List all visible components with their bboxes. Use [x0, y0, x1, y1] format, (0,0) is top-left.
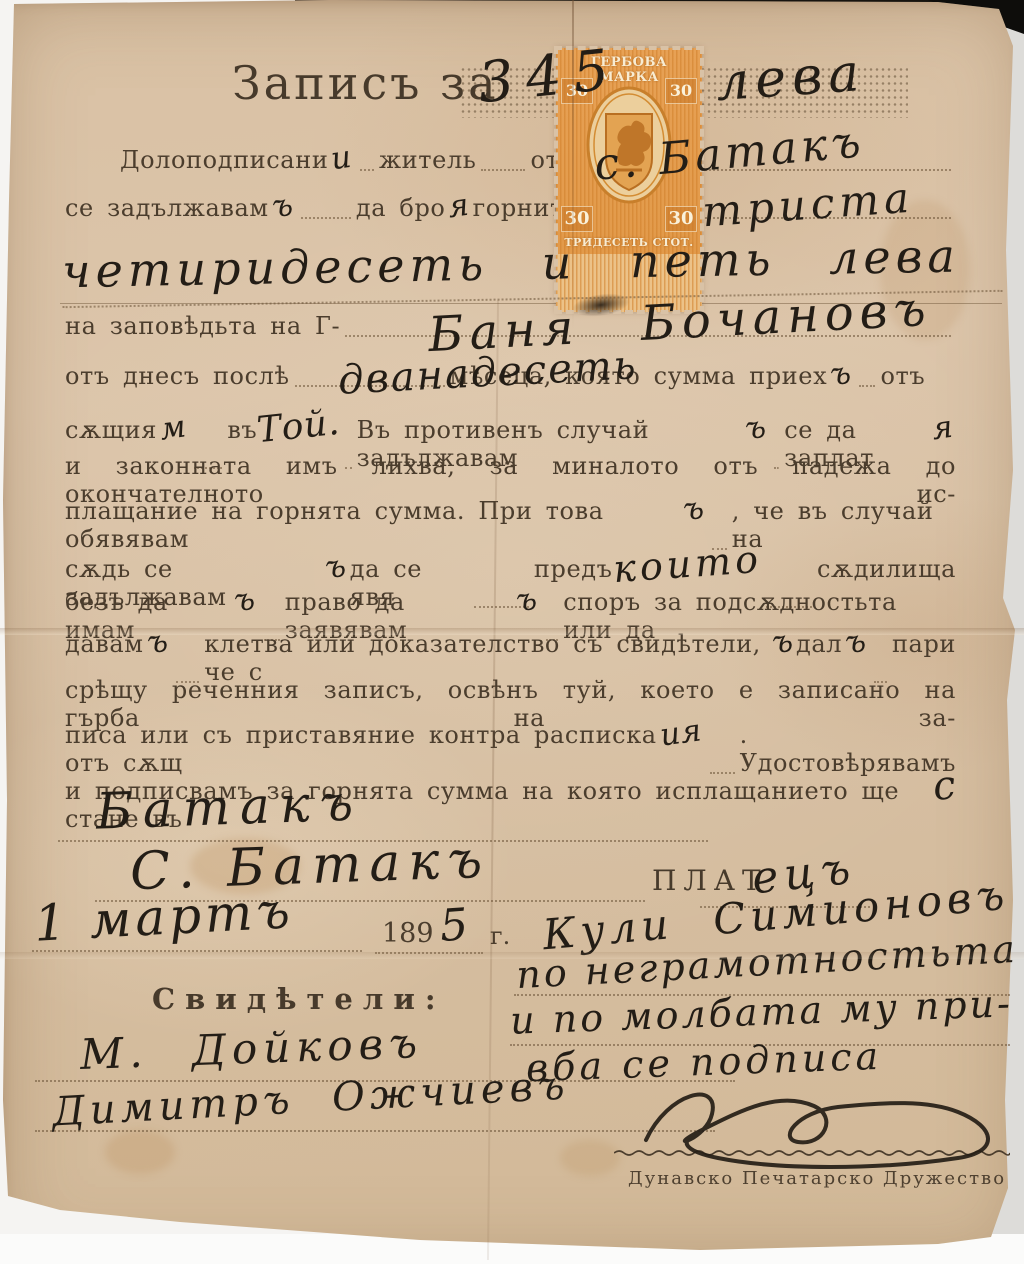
handwritten-insert: ъ	[845, 641, 866, 644]
printed-text: на заповѣдьта на Г-	[65, 312, 340, 340]
handwritten-insert: ъ	[772, 641, 793, 644]
handwritten-insert: Той.	[255, 402, 342, 451]
printed-text: отъ днесъ послѣ	[65, 362, 290, 390]
handwritten-insert: я	[449, 205, 470, 208]
handwritten-insert: я	[932, 427, 953, 430]
scanned-document: Записъ за 345 лева ГЕРБОВА МАРКА 30 30 3…	[0, 0, 1024, 1264]
handwritten-insert: ия	[661, 730, 702, 736]
handwritten-insert: които	[611, 537, 763, 591]
handwritten-insert: ъ	[235, 599, 256, 602]
handwritten-insert: ъ	[830, 373, 851, 376]
printed-text: давам	[65, 630, 144, 658]
witnesses-label: Свидѣтели:	[152, 982, 446, 1016]
payment-place-handwritten: Батакъ	[95, 773, 364, 840]
printed-text: се задължавам	[65, 194, 269, 222]
currency-handwritten: лева	[714, 43, 867, 113]
printed-text: житель	[379, 146, 476, 174]
handwritten-insert: ъ	[683, 508, 704, 511]
printed-text: отъ	[880, 362, 925, 390]
year-printed: 189	[382, 918, 434, 949]
handwritten-insert: ъ	[517, 599, 538, 602]
handwritten-insert: с	[931, 762, 959, 810]
year-dotted-line	[375, 952, 483, 954]
year-digit-handwritten: 5	[438, 899, 469, 952]
printed-text: пари	[892, 630, 956, 658]
payer-signature-flourish	[628, 1062, 1018, 1182]
printed-text: да бро	[356, 194, 446, 222]
printed-text: дал	[796, 630, 842, 658]
document-title: Записъ за	[232, 56, 499, 110]
stamp-value-bottom-right: 30	[665, 206, 697, 232]
handwritten-insert: ъ	[745, 427, 766, 430]
handwritten-insert: ъ	[147, 641, 168, 644]
handwritten-insert: ъ	[272, 205, 293, 208]
printed-text: предъ	[534, 555, 613, 583]
printed-text: Долоподписани	[120, 146, 328, 174]
printed-text: сѫдилища	[817, 555, 956, 583]
year-suffix: г.	[490, 922, 510, 950]
printed-text: сѫщия	[65, 416, 157, 444]
printed-text: въ	[227, 416, 257, 444]
handwritten-insert: и	[332, 157, 352, 160]
stamp-value-bottom-left: 30	[561, 206, 593, 232]
handwritten-insert: м	[160, 426, 186, 430]
handwritten-insert: ъ	[326, 566, 347, 569]
